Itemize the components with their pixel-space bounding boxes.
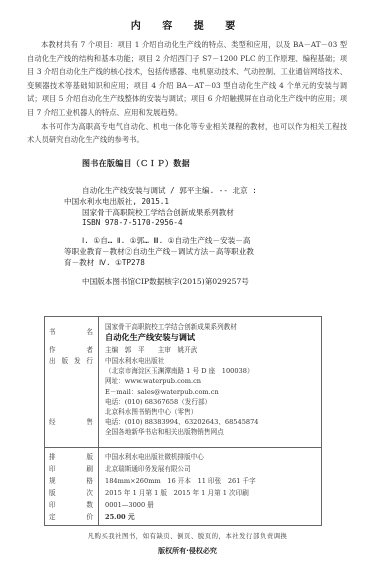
row-value: 2015 年 1 月第 1 版 2015 年 1 月第 1 次印刷 <box>105 488 319 498</box>
row-value: 184mm×260mm 16 开本 11 印张 261 千字 <box>105 476 319 486</box>
row-key: 作者 <box>49 345 93 355</box>
row-value: 北京科水图书销售中心（零售） 电话：(010) 88383994、6320264… <box>105 407 319 438</box>
replacement-notice: 凡购买我社图书，如有缺页、倒页、脱页的，本社发行部负责调换 <box>0 531 375 540</box>
cip-verification-number: 中国版本图书馆CIP数据核字(2015)第029257号 <box>82 276 249 287</box>
email: E－mail：sales@waterpub.com.cn <box>105 387 319 397</box>
row-key: 版次 <box>49 488 93 498</box>
row-key: 书名 <box>49 327 93 337</box>
book-title: 自动化生产线安装与调试 <box>105 332 319 342</box>
row-key: 出版发行 <box>49 356 93 366</box>
summary-title: 内 容 提 要 <box>0 17 375 32</box>
row-key: 规格 <box>49 476 93 486</box>
cip-line: 自动化生产线安装与调试 / 郭平主编. -- 北京 : <box>64 186 314 197</box>
phone: 电话：(010) 68367658（发行部） <box>105 397 319 407</box>
price-value: 25.00 元 <box>105 512 319 522</box>
column-divider <box>98 317 99 525</box>
cip-class-line: Ⅰ. ①自… Ⅱ. ①郭… Ⅲ. ①自动生产线－安装－高 <box>64 236 314 247</box>
row-key: 印数 <box>49 500 93 510</box>
row-value: 主编 郭 平 主审 姚开武 <box>105 345 319 355</box>
cip-class-line: 等职业教育－教材②自动生产线－调试方法－高等职业教 <box>64 247 314 258</box>
cip-class-line: 育－教材 Ⅳ. ①TP278 <box>64 258 314 269</box>
section-divider <box>45 447 321 448</box>
phone: 电话：(010) 88383994、63202643、68545874 <box>105 417 319 427</box>
cip-heading: 图书在版编目（ＣＩＰ）数据 <box>82 158 190 169</box>
cip-line: 中国水利水电出版社, 2015.1 <box>64 197 314 208</box>
row-key: 印刷 <box>49 464 93 474</box>
row-value: 北京瑞斯通印务发展有限公司 <box>105 464 319 474</box>
cip-record: 自动化生产线安装与调试 / 郭平主编. -- 北京 : 中国水利水电出版社, 2… <box>64 186 314 229</box>
summary-paragraph: 本教材共有 7 个项目：项目 1 介绍自动化生产线的特点、类型和应用，以及 BA… <box>27 38 347 120</box>
row-value: 中国水利水电出版社微机排版中心 <box>105 452 319 462</box>
website: 网址：www.waterpub.com.cn <box>105 376 319 386</box>
row-key: 排版 <box>49 452 93 462</box>
cip-line: 国家骨干高职院校工学结合创新成果系列教材 <box>64 208 314 219</box>
copyright-table: 书名 国家骨干高职院校工学结合创新成果系列教材 自动化生产线安装与调试 作者 主… <box>44 316 322 526</box>
row-value: 0001—3000 册 <box>105 500 319 510</box>
summary-abstract: 本教材共有 7 个项目：项目 1 介绍自动化生产线的特点、类型和应用，以及 BA… <box>27 38 347 147</box>
row-key: 定价 <box>49 512 93 522</box>
copyright-notice: 版权所有·侵权必究 <box>0 546 375 556</box>
row-value: 中国水利水电出版社 （北京市海淀区玉渊潭南路 1 号 D 座 100038） 网… <box>105 356 319 407</box>
cip-classification: Ⅰ. ①自… Ⅱ. ①郭… Ⅲ. ①自动生产线－安装－高 等职业教育－教材②自动… <box>64 236 314 268</box>
series-name: 国家骨干高职院校工学结合创新成果系列教材 <box>105 322 319 332</box>
row-key: 经售 <box>49 417 93 427</box>
cip-isbn: ISBN 978-7-5170-2956-4 <box>64 218 314 229</box>
row-value: 国家骨干高职院校工学结合创新成果系列教材 自动化生产线安装与调试 <box>105 322 319 342</box>
summary-paragraph: 本书可作为高职高专电气自动化、机电一体化等专业相关课程的教材，也可以作为相关工程… <box>27 120 347 147</box>
